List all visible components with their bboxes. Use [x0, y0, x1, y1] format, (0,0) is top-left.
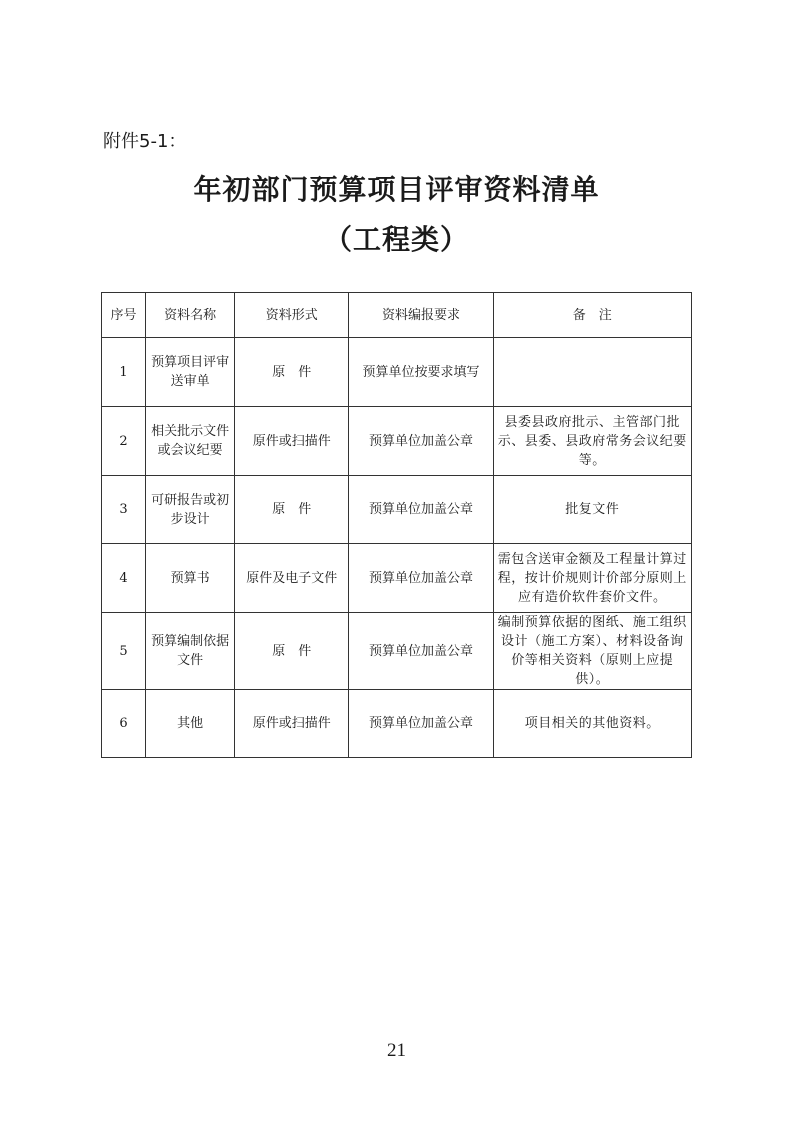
- header-note: 备 注: [493, 293, 691, 338]
- table-row: 2 相关批示文件或会议纪要 原件或扫描件 预算单位加盖公章 县委县政府批示、主管…: [102, 407, 692, 476]
- cell-name: 预算编制依据文件: [146, 613, 235, 690]
- header-name: 资料名称: [146, 293, 235, 338]
- table-row: 6 其他 原件或扫描件 预算单位加盖公章 项目相关的其他资料。: [102, 690, 692, 758]
- attachment-label: 附件5-1：: [103, 127, 186, 153]
- cell-note: 县委县政府批示、主管部门批示、县委、县政府常务会议纪要等。: [493, 407, 691, 476]
- cell-no: 2: [102, 407, 146, 476]
- cell-note: 批复文件: [493, 476, 691, 544]
- header-requirement: 资料编报要求: [349, 293, 493, 338]
- cell-requirement: 预算单位按要求填写: [349, 338, 493, 407]
- cell-form: 原件及电子文件: [235, 544, 349, 613]
- cell-name: 预算书: [146, 544, 235, 613]
- cell-note: 编制预算依据的图纸、施工组织设计（施工方案）、材料设备询价等相关资料（原则上应提…: [493, 613, 691, 690]
- materials-table: 序号 资料名称 资料形式 资料编报要求 备 注 1 预算项目评审送审单 原 件 …: [101, 292, 692, 758]
- cell-note: 项目相关的其他资料。: [493, 690, 691, 758]
- cell-no: 5: [102, 613, 146, 690]
- document-subtitle: （工程类）: [0, 218, 793, 258]
- cell-no: 1: [102, 338, 146, 407]
- cell-name: 其他: [146, 690, 235, 758]
- header-no: 序号: [102, 293, 146, 338]
- cell-requirement: 预算单位加盖公章: [349, 544, 493, 613]
- table-row: 4 预算书 原件及电子文件 预算单位加盖公章 需包含送审金额及工程量计算过程，按…: [102, 544, 692, 613]
- cell-no: 3: [102, 476, 146, 544]
- table-header-row: 序号 资料名称 资料形式 资料编报要求 备 注: [102, 293, 692, 338]
- document-title: 年初部门预算项目评审资料清单: [0, 168, 793, 208]
- cell-name: 可研报告或初步设计: [146, 476, 235, 544]
- cell-requirement: 预算单位加盖公章: [349, 476, 493, 544]
- cell-form: 原 件: [235, 613, 349, 690]
- cell-no: 4: [102, 544, 146, 613]
- cell-form: 原 件: [235, 476, 349, 544]
- cell-form: 原件或扫描件: [235, 690, 349, 758]
- cell-form: 原件或扫描件: [235, 407, 349, 476]
- cell-requirement: 预算单位加盖公章: [349, 690, 493, 758]
- page-number: 21: [0, 1040, 793, 1062]
- cell-requirement: 预算单位加盖公章: [349, 613, 493, 690]
- cell-note: 需包含送审金额及工程量计算过程，按计价规则计价部分原则上应有造价软件套价文件。: [493, 544, 691, 613]
- table-row: 1 预算项目评审送审单 原 件 预算单位按要求填写: [102, 338, 692, 407]
- cell-note: [493, 338, 691, 407]
- cell-requirement: 预算单位加盖公章: [349, 407, 493, 476]
- cell-form: 原 件: [235, 338, 349, 407]
- cell-no: 6: [102, 690, 146, 758]
- table-row: 5 预算编制依据文件 原 件 预算单位加盖公章 编制预算依据的图纸、施工组织设计…: [102, 613, 692, 690]
- table-row: 3 可研报告或初步设计 原 件 预算单位加盖公章 批复文件: [102, 476, 692, 544]
- cell-name: 预算项目评审送审单: [146, 338, 235, 407]
- header-form: 资料形式: [235, 293, 349, 338]
- cell-name: 相关批示文件或会议纪要: [146, 407, 235, 476]
